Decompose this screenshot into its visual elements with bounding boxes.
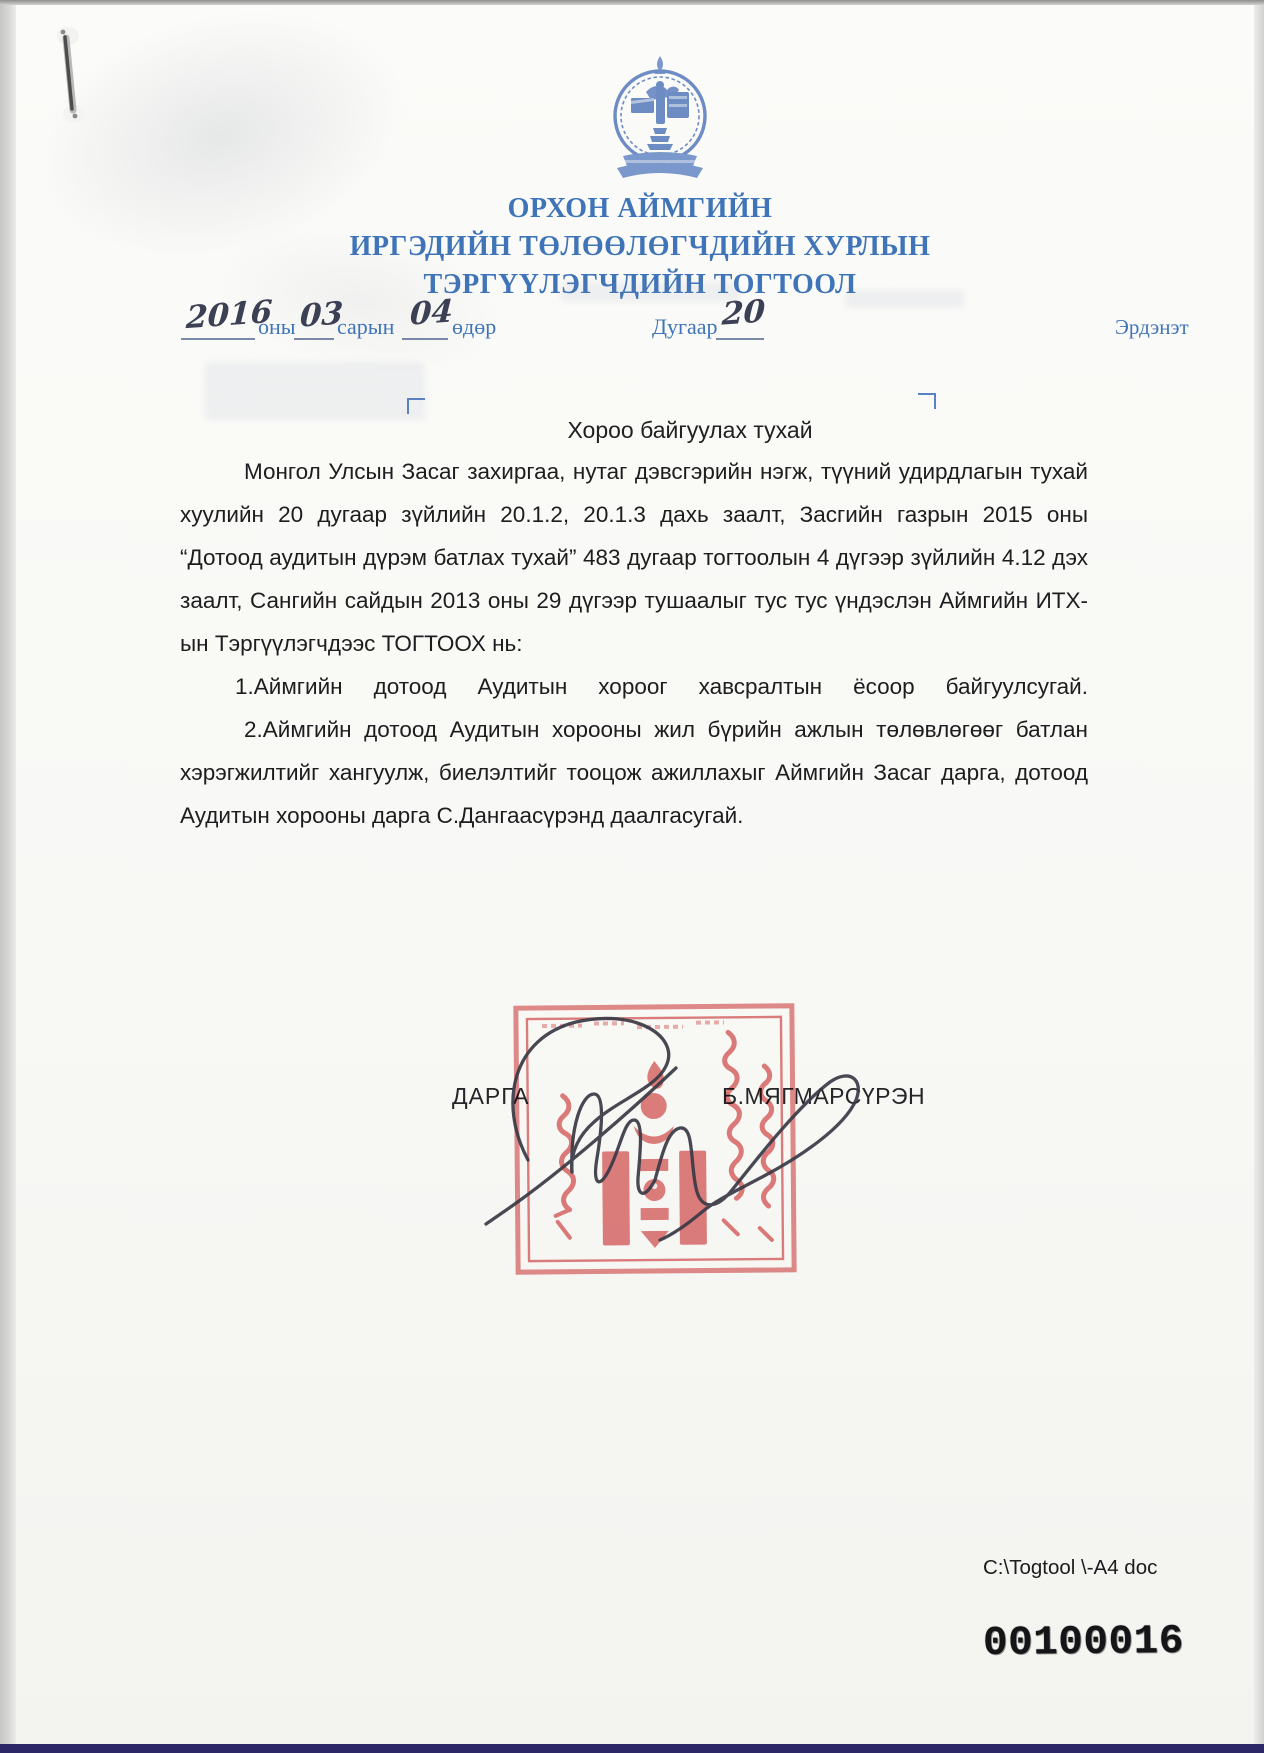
scanned-document-page: ОРХОН АЙМГИЙН ИРГЭДИЙН ТӨЛӨӨЛӨГЧДИЙН ХУР… <box>0 0 1264 1753</box>
page-edge-left <box>0 0 16 1753</box>
handwritten-day: 04 <box>409 294 454 331</box>
day-underline <box>402 338 448 340</box>
ink-bleed-smudge <box>845 290 965 308</box>
number-underline <box>716 338 764 340</box>
resolution-item-1: 1.Аймгийн дотоод Аудитын хороог хавсралт… <box>180 665 1088 708</box>
serial-number-stamp: 00100016 <box>983 1619 1184 1667</box>
file-path-note: C:\Togtool \-A4 doc <box>983 1556 1157 1580</box>
resolution-item-2: 2.Аймгийн дотоод Аудитын хорооны жил бүр… <box>180 708 1088 837</box>
ink-bleed-smudge <box>560 282 740 302</box>
ink-bleed-smudge <box>205 362 425 420</box>
org-name-line2: ИРГЭДИЙН ТӨЛӨӨЛӨГЧДИЙН ХУРЛЫН <box>16 228 1264 266</box>
org-name-line1: ОРХОН АЙМГИЙН <box>16 190 1264 228</box>
corner-bracket-right-icon <box>918 393 936 409</box>
number-label: Дугаар <box>652 314 718 340</box>
month-label: сарын <box>337 314 394 340</box>
staple-icon <box>46 22 94 130</box>
day-label: өдөр <box>452 314 496 340</box>
place-name: Эрдэнэт <box>1115 314 1189 340</box>
document-title: Хороо байгуулах тухай <box>280 417 1100 444</box>
paragraph-legal-basis: Монгол Улсын Засаг захиргаа, нутаг дэвсг… <box>180 450 1088 665</box>
month-underline <box>294 338 334 340</box>
year-label: оны <box>258 314 296 340</box>
mongolia-state-emblem-icon <box>601 52 719 184</box>
body-text: Монгол Улсын Засаг захиргаа, нутаг дэвсг… <box>180 450 1088 837</box>
year-underline <box>181 338 255 340</box>
page-edge-bottom <box>0 1744 1264 1753</box>
page-edge-top <box>0 0 1264 5</box>
handwritten-signature <box>468 1008 868 1248</box>
